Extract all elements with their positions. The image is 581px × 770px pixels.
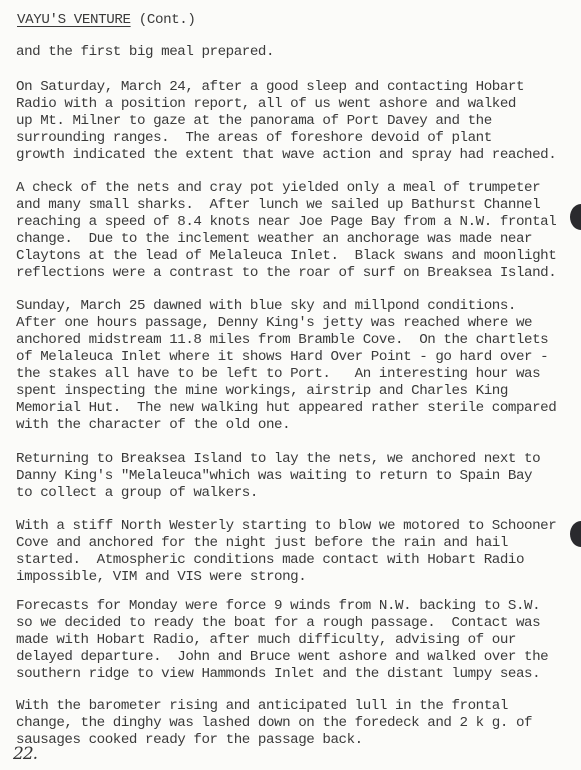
text-line: made with Hobart Radio, after much diffi… [16,632,548,649]
document-heading: VAYU'S VENTURE (Cont.) [17,12,196,28]
document-title: VAYU'S VENTURE [17,12,131,28]
paragraph-4: Sunday, March 25 dawned with blue sky an… [16,298,556,434]
text-line: growth indicated the extent that wave ac… [16,147,556,164]
text-line: reaching a speed of 8.4 knots near Joe P… [16,214,556,231]
paragraph-3: A check of the nets and cray pot yielded… [16,180,556,282]
text-line: After one hours passage, Denny King's je… [16,315,556,332]
paragraph-2: On Saturday, March 24, after a good slee… [16,79,556,164]
text-line: Forecasts for Monday were force 9 winds … [16,598,548,615]
paragraph-8: With the barometer rising and anticipate… [16,698,532,749]
text-line: the stakes all have to be left to Port. … [16,366,556,383]
text-line: so we decided to ready the boat for a ro… [16,615,548,632]
document-title-suffix: (Cont.) [131,12,196,28]
text-line: of Melaleuca Inlet where it shows Hard O… [16,349,556,366]
text-line: Memorial Hut. The new walking hut appear… [16,400,556,417]
paragraph-6: With a stiff North Westerly starting to … [16,518,556,586]
text-line: delayed departure. John and Bruce went a… [16,649,548,666]
text-line: change, the dinghy was lashed down on th… [16,715,532,732]
text-line: spent inspecting the mine workings, airs… [16,383,556,400]
text-line: Radio with a position report, all of us … [16,96,556,113]
page-number: 22. [13,744,37,764]
punch-hole-mark [570,521,581,547]
text-line: up Mt. Milner to gaze at the panorama of… [16,113,556,130]
text-line: anchored midstream 11.8 miles from Bramb… [16,332,556,349]
punch-hole-mark [570,204,581,230]
text-line: change. Due to the inclement weather an … [16,231,556,248]
text-line: sausages cooked ready for the passage ba… [16,732,532,749]
text-line: surrounding ranges. The areas of foresho… [16,130,556,147]
paragraph-1: and the first big meal prepared. [16,44,274,61]
paragraph-7: Forecasts for Monday were force 9 winds … [16,598,548,683]
text-line: impossible, VIM and VIS were strong. [16,569,556,586]
text-line: Sunday, March 25 dawned with blue sky an… [16,298,556,315]
text-line: southern ridge to view Hammonds Inlet an… [16,666,548,683]
text-line: Claytons at the lead of Melaleuca Inlet.… [16,248,556,265]
text-line: Cove and anchored for the night just bef… [16,535,556,552]
text-line: With the barometer rising and anticipate… [16,698,532,715]
text-line: to collect a group of walkers. [16,485,540,502]
document-page: VAYU'S VENTURE (Cont.) and the first big… [0,0,581,770]
text-line: and many small sharks. After lunch we sa… [16,197,556,214]
paragraph-5: Returning to Breaksea Island to lay the … [16,451,540,502]
text-line: A check of the nets and cray pot yielded… [16,180,556,197]
text-line: with the character of the old one. [16,417,556,434]
text-line: On Saturday, March 24, after a good slee… [16,79,556,96]
text-line: With a stiff North Westerly starting to … [16,518,556,535]
text-line: Danny King's "Melaleuca"which was waitin… [16,468,540,485]
text-line: Returning to Breaksea Island to lay the … [16,451,540,468]
text-line: reflections were a contrast to the roar … [16,265,556,282]
text-line: started. Atmospheric conditions made con… [16,552,556,569]
text-line: and the first big meal prepared. [16,44,274,61]
